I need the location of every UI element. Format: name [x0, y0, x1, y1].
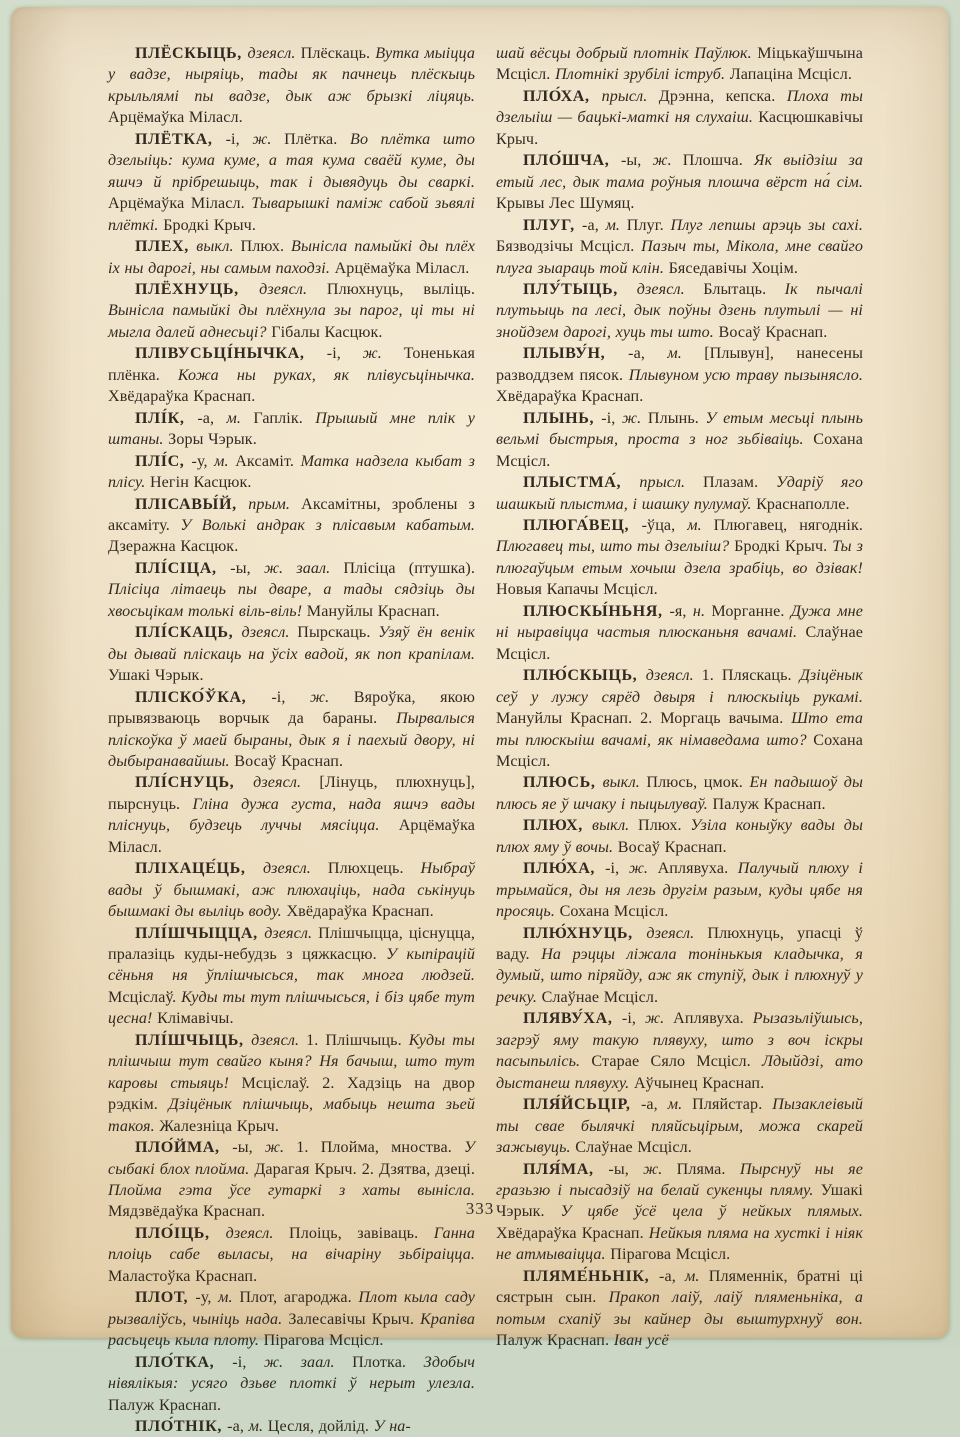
plain-text: Дарагая Крыч. 2. Дзятва, дзеці.	[254, 1161, 475, 1178]
plain-text: -ўца,	[642, 517, 688, 534]
plain-text: Крывы Лес Шумяц.	[496, 195, 634, 212]
plain-text: -ы,	[608, 1161, 643, 1178]
headword: ПЛІВУСЬЦІ́НЫЧКА,	[135, 345, 327, 362]
headword: ПЛЯМЕ́НЬНІК,	[523, 1268, 659, 1285]
headword: ПЛІ́ШЧЫЦЦА,	[135, 925, 264, 942]
headword: ПЛО́ХА,	[523, 88, 602, 105]
plain-text: Плюх.	[240, 238, 291, 255]
italic-text: н.	[693, 603, 712, 620]
dictionary-entry: ПЛІ́СКАЦЬ, дзеясл. Пырскаць. Узяў ён вен…	[108, 622, 475, 686]
plain-text: Пірагова Мсцісл.	[264, 1332, 384, 1347]
plain-text: Аплявуха.	[673, 1010, 753, 1027]
page-content: ПЛЁСКЫЦЬ, дзеясл. Плёскаць. Вутка мыіцца…	[108, 43, 863, 1347]
plain-text: Слаўнае Мсцісл.	[575, 1139, 692, 1156]
plain-text: Плюсь, цмок.	[646, 774, 749, 791]
italic-text: ж.	[622, 410, 648, 427]
plain-text: -і,	[327, 345, 363, 362]
dictionary-entry: ПЛУГ, -а, м. Плуг. Плуг лепшы арэць зы с…	[496, 215, 863, 279]
plain-text: -а,	[582, 217, 606, 234]
dictionary-entry: ПЛЮХ, выкл. Плюх. Узіла коныўку вады ды …	[496, 815, 863, 858]
headword: ПЛО́ІЦЬ,	[135, 1225, 226, 1242]
headword: ПЛІ́СІЦА,	[135, 560, 230, 577]
headword: ПЛО́ШЧА,	[523, 152, 621, 169]
italic-text: Плывуном усю траву пызынясло.	[629, 367, 863, 384]
plain-text: 1. Пляскаць.	[702, 667, 800, 684]
plain-text: Клімавічы.	[157, 1010, 233, 1027]
plain-text: Арцёмаўка Міласл.	[335, 260, 470, 277]
plain-text: Мануйлы Краснап.	[307, 603, 440, 620]
headword: ПЛЮСКЫ́НЬНЯ,	[523, 603, 669, 620]
plain-text: Мсціслаў.	[108, 989, 181, 1006]
dictionary-entry: ПЛІ́СНУЦЬ, дзеясл. [Лінуць, плюхнуць], п…	[108, 772, 475, 858]
dictionary-entry: ПЛЮ́ХНУЦЬ, дзеясл. Плюхнуць, упасці ў ва…	[496, 923, 863, 1009]
dictionary-entry: ПЛОТ, -у, м. Плот, агароджа. Плот кыла с…	[108, 1287, 475, 1347]
headword: ПЛО́ЙМА,	[135, 1139, 232, 1156]
plain-text: Новыя Капачы Мсцісл.	[496, 581, 658, 598]
plain-text: -і,	[226, 131, 253, 148]
italic-text: прысл.	[602, 88, 659, 105]
plain-text: Восаў Краснап.	[618, 839, 727, 856]
plain-text: Плюх.	[638, 817, 690, 834]
headword: ПЛЁХНУЦЬ,	[135, 281, 259, 298]
headword: ПЛІ́К,	[135, 410, 197, 427]
dictionary-entry: ПЛІХАЦЕ́ЦЬ, дзеясл. Плюхцець. Ныбраў вад…	[108, 858, 475, 922]
plain-text: Пірагова Мсцісл.	[610, 1246, 730, 1263]
plain-text: Залесавічы Крыч.	[288, 1311, 420, 1328]
dictionary-entry: ПЛІ́ШЧЫЦЦА, дзеясл. Плішчыцца, ціснуцца,…	[108, 923, 475, 1030]
dictionary-page: ПЛЁСКЫЦЬ, дзеясл. Плёскаць. Вутка мыіцца…	[11, 7, 949, 1338]
plain-text: -а,	[659, 1268, 685, 1285]
plain-text: -і,	[605, 860, 629, 877]
italic-text: ж. заал.	[264, 560, 343, 577]
italic-text: дзеясл.	[242, 624, 298, 641]
dictionary-entry: ПЛЫСТМА́, прысл. Плазам. Ударіў яго шашк…	[496, 472, 863, 515]
plain-text: Бяседавічы Хоцім.	[669, 260, 798, 277]
headword: ПЛЫВУ́Н,	[523, 345, 628, 362]
dictionary-entry: ПЛЁСКЫЦЬ, дзеясл. Плёскаць. Вутка мыіцца…	[108, 43, 475, 129]
plain-text: Краснаполле.	[756, 496, 850, 513]
plain-text: -ы,	[621, 152, 653, 169]
plain-text: Мануйлы Краснап. 2. Моргаць вачыма.	[496, 710, 791, 727]
headword: ПЛЁСКЫЦЬ,	[135, 45, 248, 62]
plain-text: -і,	[622, 1010, 645, 1027]
italic-text: Плотнікі зрубілі іструб.	[555, 66, 730, 83]
plain-text: Бродкі Крыч.	[163, 217, 256, 234]
plain-text: Дзеражна Касцюк.	[108, 538, 238, 555]
plain-text: Плуг.	[627, 217, 671, 234]
plain-text: Маластоўка Краснап.	[108, 1268, 257, 1285]
page-number: 333	[11, 1199, 949, 1219]
italic-text: ж.	[252, 131, 284, 148]
italic-text: Плюгавец ты, што ты дзелыіш?	[496, 538, 734, 555]
headword: ПЛЮ́ХНУЦЬ,	[523, 925, 646, 942]
plain-text: Слаўнае Мсцісл.	[542, 989, 659, 1006]
italic-text: выкл.	[603, 774, 647, 791]
plain-text: -я,	[669, 603, 692, 620]
italic-text: дзеясл.	[248, 45, 301, 62]
italic-text: м.	[218, 1289, 239, 1306]
italic-text: м.	[214, 453, 235, 470]
plain-text: Лапаціна Мсцісл.	[730, 66, 852, 83]
plain-text: Плазам.	[703, 474, 776, 491]
plain-text: Дрэнна, кепска.	[659, 88, 787, 105]
headword: ПЛЫСТМА́,	[523, 474, 639, 491]
plain-text: Плынь.	[648, 410, 706, 427]
plain-text: Хвёдараўка Краснап.	[108, 388, 255, 405]
dictionary-entry: ПЛУ́ТЫЦЬ, дзеясл. Блытаць. Ік пычалі плу…	[496, 279, 863, 343]
dictionary-entry: ПЛІ́СІЦА, -ы, ж. заал. Плісіца (птушка).…	[108, 558, 475, 622]
italic-text: м.	[227, 410, 254, 427]
headword: ПЛЮГА́ВЕЦ,	[523, 517, 642, 534]
dictionary-entry: ПЛІ́С, -у, м. Аксаміт. Матка надзела кыб…	[108, 451, 475, 494]
dictionary-entry: ПЛЮСКЫ́НЬНЯ, -я, н. Морганне. Дужа мне н…	[496, 601, 863, 665]
text-column-left: ПЛЁСКЫЦЬ, дзеясл. Плёскаць. Вутка мыіцца…	[108, 43, 475, 1347]
italic-text: выкл.	[196, 238, 240, 255]
plain-text: Жалезніца Крыч.	[159, 1118, 279, 1135]
dictionary-entry: ПЛЁТКА, -і, ж. Плётка. Во плётка што дзе…	[108, 129, 475, 236]
headword: ПЛЮХ,	[523, 817, 592, 834]
dictionary-entry: ПЛЕХ, выкл. Плюх. Вынісла памыйкі ды плё…	[108, 236, 475, 279]
plain-text: Арцёмаўка Міласл.	[108, 109, 243, 126]
dictionary-entry: ПЛЯВУ́ХА, -і, ж. Аплявуха. Рызазьліўшысь…	[496, 1008, 863, 1094]
headword: ПЛЕХ,	[135, 238, 196, 255]
italic-text: дзеясл.	[263, 860, 328, 877]
plain-text: Ушакі Чэрык.	[108, 667, 204, 684]
plain-text: Восаў Краснап.	[718, 324, 827, 341]
dictionary-entry: ПЛЮ́ХА, -і, ж. Аплявуха. Палучый плюху і…	[496, 858, 863, 922]
dictionary-entry: ПЛЯМЕ́НЬНІК, -а, м. Пляменнік, братні ці…	[496, 1266, 863, 1347]
plain-text: -у,	[195, 1289, 218, 1306]
headword: ПЛЯ́МА,	[523, 1161, 608, 1178]
plain-text: Блытаць.	[703, 281, 784, 298]
italic-text: м.	[687, 517, 713, 534]
dictionary-entry: ПЛІСКО́ЎКА, -і, ж. Вяроўка, якою прывязв…	[108, 687, 475, 773]
italic-text: ж.	[310, 689, 354, 706]
dictionary-entry: ПЛО́ІЦЬ, дзеясл. Плоіць, завіваць. Ганна…	[108, 1223, 475, 1287]
italic-text: ж.	[629, 860, 658, 877]
plain-text: Плюгавец, нягоднік.	[714, 517, 863, 534]
plain-text: -і,	[271, 689, 310, 706]
italic-text: прым.	[248, 496, 301, 513]
headword: ПЛІСАВЫ́Й,	[135, 496, 248, 513]
italic-text: дзеясл.	[637, 281, 703, 298]
italic-text: м.	[685, 1268, 709, 1285]
plain-text: Арцёмаўка Міласл.	[108, 195, 251, 212]
italic-text: м.	[667, 345, 704, 362]
italic-text: ж.	[653, 152, 683, 169]
headword: ПЛІХАЦЕ́ЦЬ,	[135, 860, 263, 877]
italic-text: дзеясл.	[646, 925, 707, 942]
dictionary-entry: ПЛЫНЬ, -і, ж. Плынь. У етым месьці плынь…	[496, 408, 863, 472]
italic-text: шай вёсцы добрый плотнік Паўлюк.	[496, 45, 757, 62]
plain-text: -а,	[628, 345, 667, 362]
plain-text: Плісіца (птушка).	[343, 560, 475, 577]
dictionary-entry: ПЛІСАВЫ́Й, прым. Аксамітны, зроблены з а…	[108, 494, 475, 558]
plain-text: Старае Сяло Мсцісл.	[591, 1053, 762, 1070]
italic-text: ж.	[643, 1161, 676, 1178]
italic-text: Плуг лепшы арэць зы сахі.	[671, 217, 863, 234]
italic-text: дзеясл.	[646, 667, 702, 684]
dictionary-entry: ПЛО́ХА, прысл. Дрэнна, кепска. Плоха ты …	[496, 86, 863, 150]
plain-text: 1. Плойма, мноства.	[296, 1139, 464, 1156]
headword: ПЛЮ́ХА,	[523, 860, 605, 877]
plain-text: Пырскаць.	[297, 624, 378, 641]
italic-text: ж.	[363, 345, 404, 362]
italic-text: Іван усё	[614, 1332, 669, 1347]
dictionary-entry: ПЛЮ́СКЫЦЬ, дзеясл. 1. Пляскаць. Дзіцёнык…	[496, 665, 863, 772]
plain-text: 1. Плішчыць.	[306, 1032, 409, 1049]
plain-text: -і,	[601, 410, 622, 427]
plain-text: -ы,	[230, 560, 264, 577]
plain-text: Палуж Краснап.	[496, 1332, 614, 1347]
dictionary-entry: ПЛЫВУ́Н, -а, м. [Плывун], нанесены разво…	[496, 343, 863, 407]
plain-text: Пляма.	[677, 1161, 740, 1178]
headword: ПЛУ́ТЫЦЬ,	[523, 281, 637, 298]
italic-text: м.	[668, 1096, 692, 1113]
dictionary-entry: ПЛЮСЬ, выкл. Плюсь, цмок. Ен падышоў ды …	[496, 772, 863, 815]
italic-text: Кожа ны руках, як плівусьцінычка.	[178, 367, 475, 384]
headword: ПЛУГ,	[523, 217, 582, 234]
italic-text: ж.	[265, 1139, 296, 1156]
plain-text: Восаў Краснап.	[234, 753, 343, 770]
headword: ПЛЮ́СКЫЦЬ,	[523, 667, 646, 684]
italic-text: Плойма гэта ўсе гутаркі з хаты вынісла.	[108, 1182, 475, 1199]
plain-text: Бродкі Крыч.	[734, 538, 832, 555]
italic-text: дзеясл.	[259, 281, 327, 298]
scan-background: ПЛЁСКЫЦЬ, дзеясл. Плёскаць. Вутка мыіцца…	[0, 0, 960, 1347]
plain-text: Плюхнуць, выліць.	[327, 281, 475, 298]
plain-text: Плоіць, завіваць.	[289, 1225, 434, 1242]
plain-text: Плюхцець.	[328, 860, 421, 877]
headword: ПЛІСКО́ЎКА,	[135, 689, 271, 706]
plain-text: Палуж Краснап.	[713, 796, 826, 813]
dictionary-entry: ПЛЯ́ЙСЬЦІР, -а, м. Пляйстар. Пызаклеівый…	[496, 1094, 863, 1158]
italic-text: прысл.	[639, 474, 703, 491]
plain-text: Хвёдараўка Краснап.	[496, 388, 643, 405]
headword: ПЛІ́СКАЦЬ,	[135, 624, 242, 641]
plain-text: -ы,	[232, 1139, 265, 1156]
plain-text: Негін Касцюк.	[150, 474, 252, 491]
dictionary-entry: ПЛІВУСЬЦІ́НЫЧКА, -і, ж. Тоненькая плёнка…	[108, 343, 475, 407]
italic-text: дзеясл.	[251, 1032, 306, 1049]
dictionary-entry: ПЛІ́ШЧЫЦЬ, дзеясл. 1. Плішчыць. Куды ты …	[108, 1030, 475, 1137]
plain-text: -у,	[191, 453, 214, 470]
plain-text: Хвёдараўка Краснап.	[286, 903, 433, 920]
headword: ПЛОТ,	[135, 1289, 195, 1306]
italic-text: ж.	[645, 1010, 673, 1027]
plain-text: Морганне.	[711, 603, 790, 620]
plain-text: Пляйстар.	[692, 1096, 772, 1113]
italic-text: дзеясл.	[264, 925, 318, 942]
dictionary-entry: ПЛЮГА́ВЕЦ, -ўца, м. Плюгавец, нягоднік. …	[496, 515, 863, 601]
dictionary-entry: ПЛЁХНУЦЬ, дзеясл. Плюхнуць, выліць. Выні…	[108, 279, 475, 343]
headword: ПЛЯВУ́ХА,	[523, 1010, 622, 1027]
entry-continuation: шай вёсцы добрый плотнік Паўлюк. Міцькаў…	[496, 43, 863, 86]
plain-text: Плот, агароджа.	[239, 1289, 358, 1306]
plain-text: Плёскаць.	[301, 45, 376, 62]
plain-text: Плошча.	[683, 152, 754, 169]
plain-text: -а,	[641, 1096, 668, 1113]
plain-text: Хвёдараўка Краснап.	[496, 1225, 649, 1242]
headword: ПЛІ́С,	[135, 453, 191, 470]
plain-text: Плётка.	[284, 131, 350, 148]
italic-text: м.	[606, 217, 627, 234]
dictionary-entry: ПЛО́ШЧА, -ы, ж. Плошча. Як выідзіш за ет…	[496, 150, 863, 214]
plain-text: Гібалы Касцюк.	[271, 324, 382, 341]
text-column-right: шай вёсцы добрый плотнік Паўлюк. Міцькаў…	[496, 43, 863, 1347]
plain-text: Бязводзічы Мсцісл.	[496, 238, 641, 255]
italic-text: выкл.	[592, 817, 638, 834]
plain-text: Аксаміт.	[235, 453, 300, 470]
plain-text: Гаплік.	[253, 410, 315, 427]
headword: ПЛІ́ШЧЫЦЬ,	[135, 1032, 251, 1049]
headword: ПЛЁТКА,	[135, 131, 226, 148]
dictionary-entry: ПЛІ́К, -а, м. Гаплік. Прышый мне плік у …	[108, 408, 475, 451]
headword: ПЛЯ́ЙСЬЦІР,	[523, 1096, 641, 1113]
italic-text: дзеясл.	[226, 1225, 289, 1242]
italic-text: дзеясл.	[253, 774, 319, 791]
plain-text: Сохана Мсцісл.	[560, 903, 669, 920]
plain-text: Аплявуха.	[658, 860, 738, 877]
plain-text: -а,	[197, 410, 226, 427]
italic-text: У Волькі андрак з плісавым кабатым.	[180, 517, 475, 534]
plain-text: Аўчынец Краснап.	[634, 1075, 764, 1092]
plain-text: Зоры Чэрык.	[168, 431, 257, 448]
headword: ПЛЮСЬ,	[523, 774, 603, 791]
headword: ПЛЫНЬ,	[523, 410, 601, 427]
headword: ПЛІ́СНУЦЬ,	[135, 774, 253, 791]
